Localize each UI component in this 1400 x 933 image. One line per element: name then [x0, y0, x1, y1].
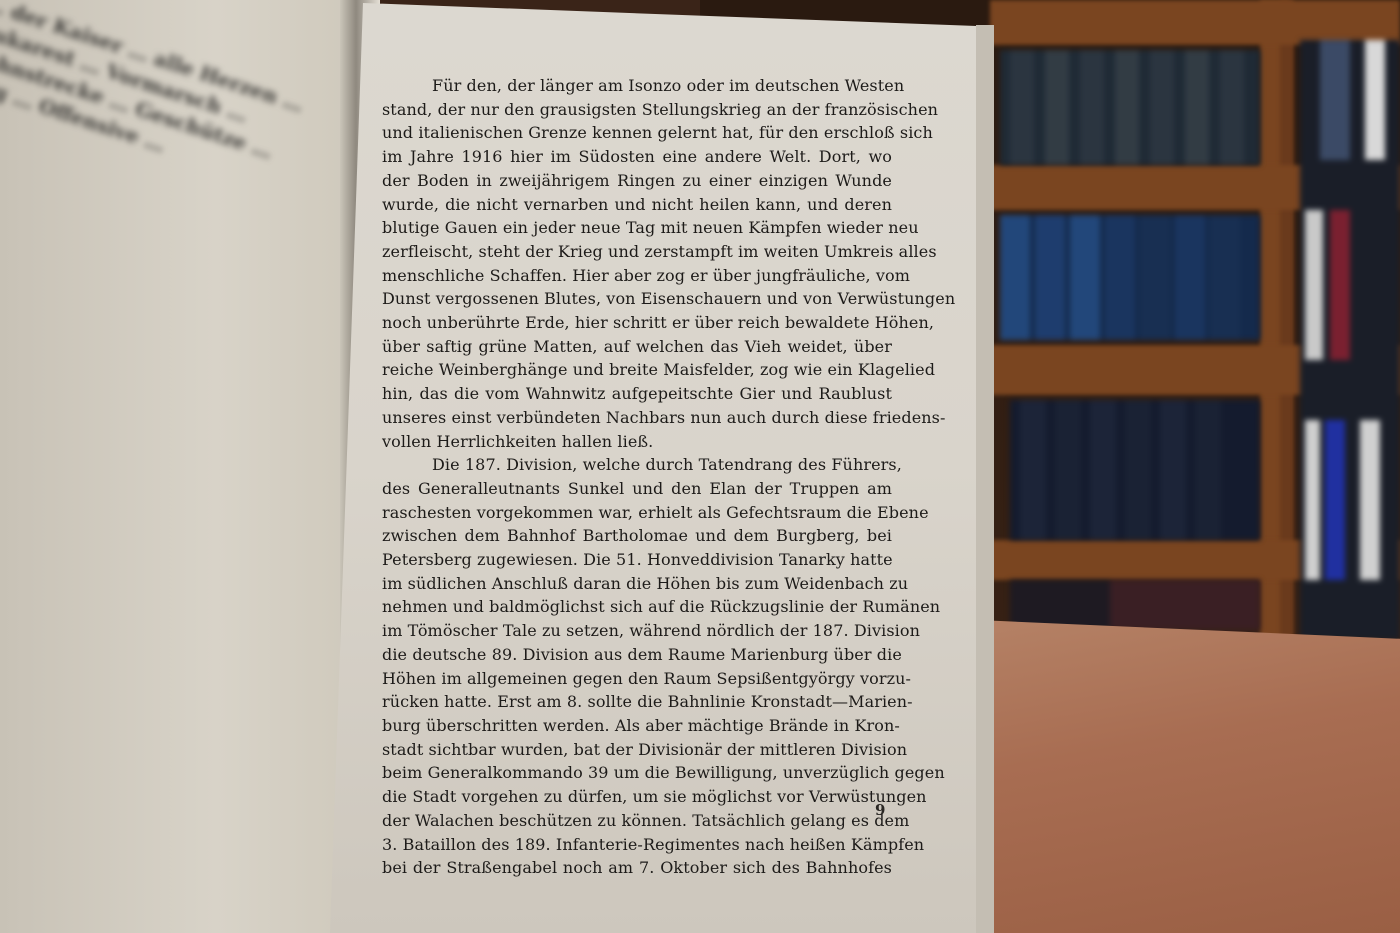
text-line: raschesten vorgekommen war, erhielt als … [382, 501, 892, 525]
text-line: wurde, die nicht vernarben und nicht hei… [382, 193, 892, 217]
text-line: Die 187. Division, welche durch Tatendra… [382, 453, 892, 477]
left-page-blurred-text: … der Kaiser … alle Herzen … Bukarest … … [0, 0, 313, 198]
text-line: Petersberg zugewiesen. Die 51. Honveddiv… [382, 548, 892, 572]
text-line: Höhen im allgemeinen gegen den Raum Seps… [382, 667, 892, 691]
text-line: und italienischen Grenze kennen gelernt … [382, 121, 892, 145]
right-page-number: 9 [875, 801, 885, 819]
text-line: noch unberührte Erde, hier schritt er üb… [382, 311, 892, 335]
text-line: über saftig grüne Matten, auf welchen da… [382, 335, 892, 359]
text-line: der Walachen beschützen zu können. Tatsä… [382, 809, 892, 833]
text-line: im südlichen Anschluß daran die Höhen bi… [382, 572, 892, 596]
text-line: unseres einst verbündeten Nachbars nun a… [382, 406, 892, 430]
text-line: burg überschritten werden. Als aber mäch… [382, 714, 892, 738]
text-line: blutige Gauen ein jeder neue Tag mit neu… [382, 216, 892, 240]
text-line: stand, der nur den grausigsten Stellungs… [382, 98, 892, 122]
text-line: hin, das die vom Wahnwitz aufgepeitschte… [382, 382, 892, 406]
text-line: beim Generalkommando 39 um die Bewilligu… [382, 761, 892, 785]
text-line: Dunst vergossenen Blutes, von Eisenschau… [382, 287, 892, 311]
text-line: 3. Bataillon des 189. Infanterie-Regimen… [382, 833, 892, 857]
text-line: reiche Weinberghänge und breite Maisfeld… [382, 358, 892, 382]
book-row-navy [1010, 400, 1260, 540]
text-line: stadt sichtbar wurden, bat der Divisionä… [382, 738, 892, 762]
shelf-board [990, 0, 1400, 45]
book-row-right [1300, 40, 1400, 640]
book-row-blue [1000, 215, 1260, 340]
text-line: menschliche Schaffen. Hier aber zog er ü… [382, 264, 892, 288]
wooden-table [960, 620, 1400, 933]
left-page: … der Kaiser … alle Herzen … Bukarest … … [0, 0, 360, 933]
book-row-dark [1000, 50, 1260, 165]
right-page-text: Für den, der länger am Isonzo oder im de… [382, 74, 892, 880]
text-line: vollen Herrlichkeiten hallen ließ. [382, 430, 892, 454]
text-line: bei der Straßengabel noch am 7. Oktober … [382, 856, 892, 880]
text-line: im Jahre 1916 hier im Südosten eine ande… [382, 145, 892, 169]
text-line: zwischen dem Bahnhof Bartholomae und dem… [382, 524, 892, 548]
text-line: die deutsche 89. Division aus dem Raume … [382, 643, 892, 667]
text-line: die Stadt vorgehen zu dürfen, um sie mög… [382, 785, 892, 809]
text-line: Für den, der länger am Isonzo oder im de… [382, 74, 892, 98]
text-line: der Boden in zweijährigem Ringen zu eine… [382, 169, 892, 193]
text-line: nehmen und baldmöglichst sich auf die Rü… [382, 595, 892, 619]
text-line: rücken hatte. Erst am 8. sollte die Bahn… [382, 690, 892, 714]
text-line: des Generalleutnants Sunkel und den Elan… [382, 477, 892, 501]
page-edge [976, 25, 994, 933]
text-line: im Tömöscher Tale zu setzen, während nör… [382, 619, 892, 643]
text-line: zerfleischt, steht der Krieg und zerstam… [382, 240, 892, 264]
book-row-bottom [1010, 580, 1260, 630]
